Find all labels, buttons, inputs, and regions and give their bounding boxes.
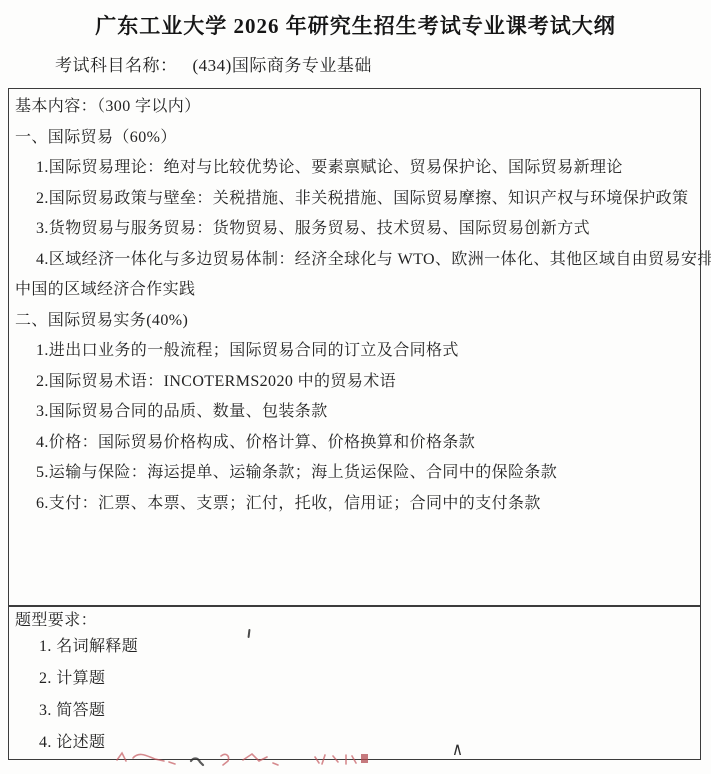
red-handwriting-marks xyxy=(103,744,483,772)
basic-content-section: 基本内容：（300 字以内） 一、国际贸易（60%） 1.国际贸易理论：绝对与比… xyxy=(9,89,700,605)
basic-content-header: 基本内容：（300 字以内） xyxy=(9,92,700,123)
outline-line: 2.国际贸易术语：INCOTERMS2020 中的贸易术语 xyxy=(9,367,700,398)
question-type-item: 1. 名词解释题 xyxy=(9,631,700,663)
subject-line: 考试科目名称：(434)国际商务专业基础 xyxy=(55,51,372,76)
outline-line: 4.价格：国际贸易价格构成、价格计算、价格换算和价格条款 xyxy=(9,428,700,459)
section-heading-trade-practice: 二、国际贸易实务(40%) xyxy=(9,306,700,337)
section-heading-international-trade: 一、国际贸易（60%） xyxy=(9,123,700,154)
outline-line: 3.国际贸易合同的品质、数量、包装条款 xyxy=(9,397,700,428)
outline-line: 2.国际贸易政策与壁垒：关税措施、非关税措施、国际贸易摩擦、知识产权与环境保护政… xyxy=(9,184,700,215)
content-box: 基本内容：（300 字以内） 一、国际贸易（60%） 1.国际贸易理论：绝对与比… xyxy=(8,88,701,760)
question-types-header: 题型要求： xyxy=(9,610,700,631)
outline-line: 6.支付：汇票、本票、支票；汇付，托收，信用证；合同中的支付条款 xyxy=(9,489,700,520)
question-type-item: 3. 简答题 xyxy=(9,695,700,727)
page-title: 广东工业大学 2026 年研究生招生考试专业课考试大纲 xyxy=(0,10,711,40)
exam-syllabus-document: 广东工业大学 2026 年研究生招生考试专业课考试大纲 考试科目名称：(434)… xyxy=(0,0,711,774)
outline-line: 5.运输与保险：海运提单、运输条款；海上货运保险、合同中的保险条款 xyxy=(9,458,700,489)
subject-label: 考试科目名称： xyxy=(55,56,178,75)
question-type-item: 2. 计算题 xyxy=(9,663,700,695)
outline-line: 1.进出口业务的一般流程；国际贸易合同的订立及合同格式 xyxy=(9,336,700,367)
outline-line: 3.货物贸易与服务贸易：货物贸易、服务贸易、技术贸易、国际贸易创新方式 xyxy=(9,214,700,245)
subject-value: (434)国际商务专业基础 xyxy=(193,56,372,75)
outline-line-continuation: 中国的区域经济合作实践 xyxy=(9,275,700,306)
outline-line: 4.区域经济一体化与多边贸易体制：经济全球化与 WTO、欧洲一体化、其他区域自由… xyxy=(9,245,700,276)
question-types-section: 题型要求： 1. 名词解释题 2. 计算题 3. 简答题 4. 论述题 xyxy=(9,605,700,759)
outline-line: 1.国际贸易理论：绝对与比较优势论、要素禀赋论、贸易保护论、国际贸易新理论 xyxy=(9,153,700,184)
